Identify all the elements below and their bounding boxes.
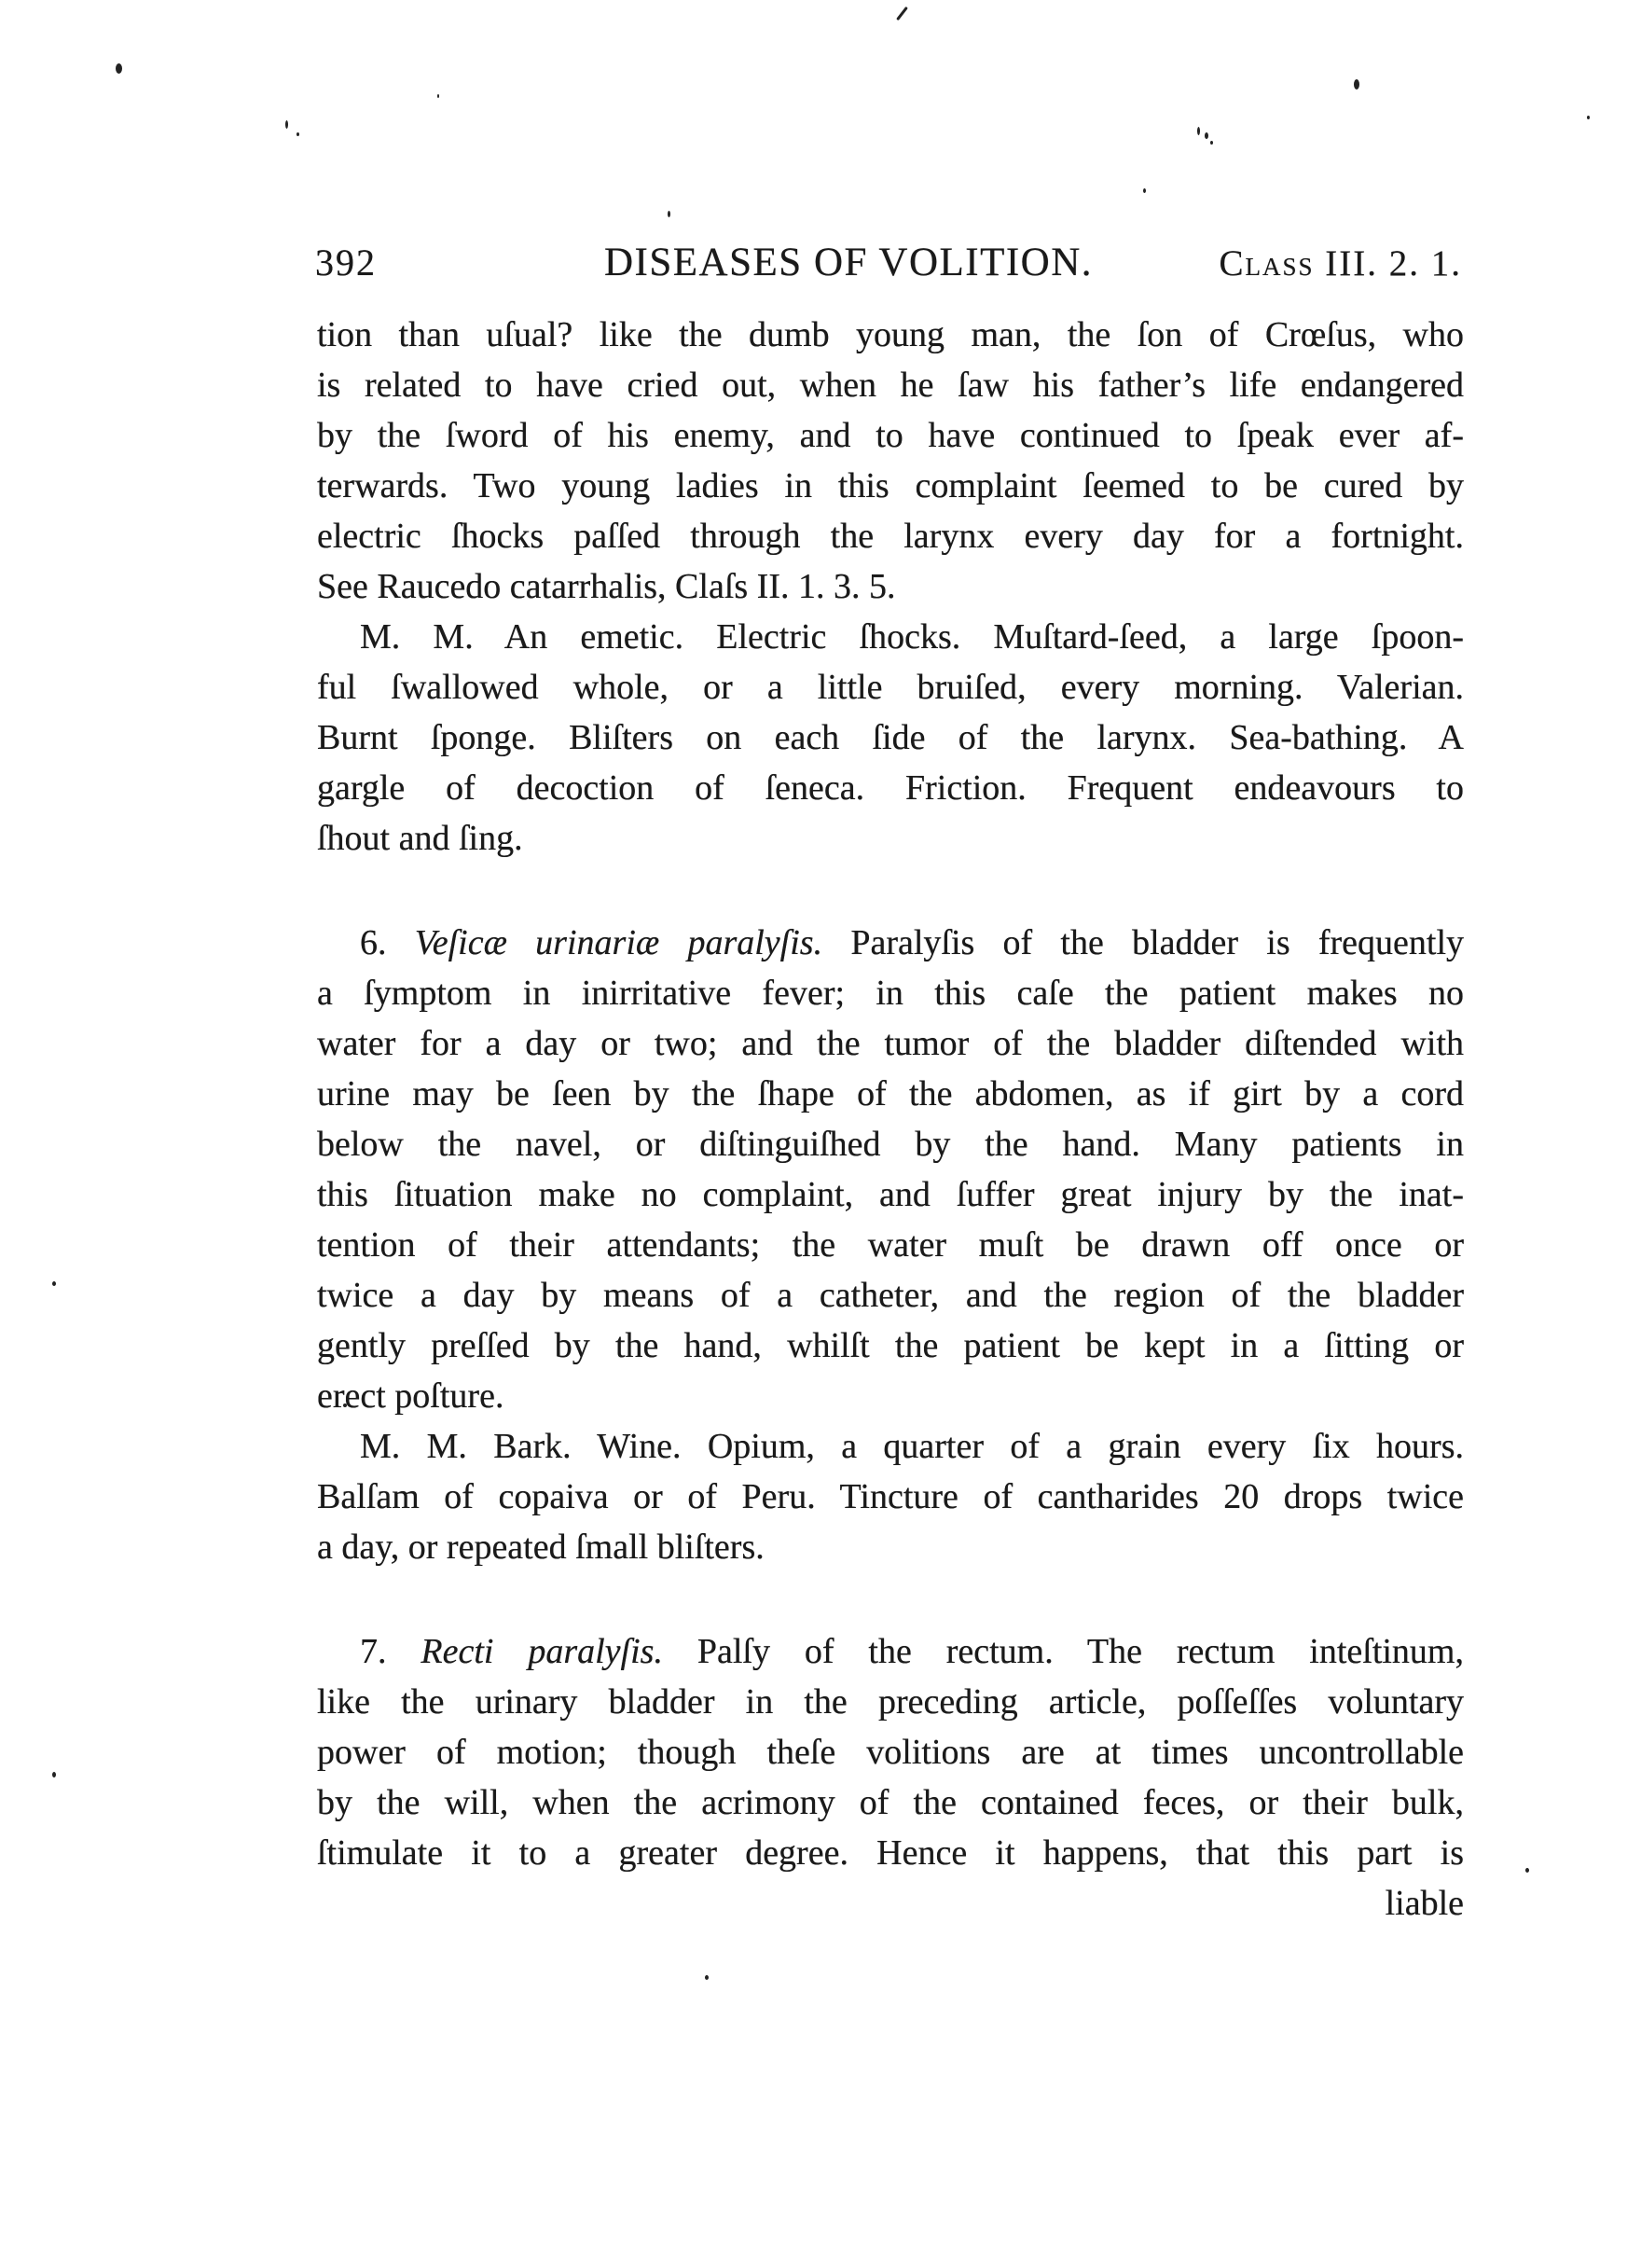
text-line: electric ſhocks paſſed through the laryn… [317, 511, 1464, 561]
body-text: terwards. Two young ladies in this compl… [317, 466, 1464, 505]
text-line: urine may be ſeen by the ſhape of the ab… [317, 1069, 1464, 1119]
ink-speck [1197, 127, 1200, 135]
ink-speck [1143, 188, 1146, 193]
ink-speck [1525, 1868, 1529, 1873]
ink-speck [116, 63, 122, 74]
catchword: liable [317, 1878, 1464, 1929]
paragraph: M. M. Bark. Wine. Opium, a quarter of a … [317, 1421, 1464, 1572]
ink-speck [437, 94, 439, 98]
text-line: Balſam of copaiva or of Peru. Tincture o… [317, 1472, 1464, 1522]
text-line: M. M. An emetic. Electric ſhocks. Muſtar… [317, 612, 1464, 662]
body-text: power of motion; though theſe volitions … [317, 1733, 1464, 1772]
text-line: tion than uſual? like the dumb young man… [317, 310, 1464, 360]
ink-speck [1210, 141, 1213, 145]
body-text: below the navel, or diſtinguiſhed by the… [317, 1125, 1464, 1164]
ink-speck [1205, 132, 1208, 139]
body-text: twice a day by means of a catheter, and … [317, 1276, 1464, 1315]
ink-speck [52, 1772, 56, 1777]
text-line: by the ſword of his enemy, and to have c… [317, 410, 1464, 461]
text-line: ſhout and ſing. [317, 813, 1464, 864]
body-text: water for a day or two; and the tumor of… [317, 1024, 1464, 1063]
page-number: 392 [315, 244, 377, 282]
body-text: Balſam of copaiva or of Peru. Tincture o… [317, 1477, 1464, 1516]
body-text: is related to have cried out, when he ſa… [317, 366, 1464, 405]
ink-speck [1587, 116, 1590, 119]
ink-speck [705, 1975, 709, 1980]
body-text: ſhout and ſing. [317, 819, 523, 858]
body-text: tention of their attendants; the water m… [317, 1225, 1464, 1265]
text-line: a day, or repeated ſmall bliſters. [317, 1522, 1464, 1572]
text-line: gargle of decoction of ſeneca. Friction.… [317, 763, 1464, 813]
text-line: by the will, when the acrimony of the co… [317, 1777, 1464, 1828]
text-line: below the navel, or diſtinguiſhed by the… [317, 1119, 1464, 1169]
text-line: ſtimulate it to a greater degree. Hence … [317, 1828, 1464, 1878]
text-line: 6. Veſicæ urinariæ paralyſis. Paralyſis … [317, 918, 1464, 968]
text-line: power of motion; though theſe volitions … [317, 1727, 1464, 1777]
paragraph: 6. Veſicæ urinariæ paralyſis. Paralyſis … [317, 918, 1464, 1421]
italic-heading-text: Veſicæ urinariæ paralyſis. [415, 923, 822, 962]
text-line: tention of their attendants; the water m… [317, 1220, 1464, 1270]
body-text: Palſy of the rectum. The rectum inteſtin… [663, 1632, 1464, 1671]
running-title: DISEASES OF VOLITION. [604, 242, 1093, 283]
class-reference: Class III. 2. 1. [1220, 245, 1463, 282]
text-line: gently preſſed by the hand, whilſt the p… [317, 1321, 1464, 1371]
text-line: like the urinary bladder in the precedin… [317, 1677, 1464, 1727]
body-text: 7. [360, 1632, 421, 1671]
body-text: this ſituation make no complaint, and ſu… [317, 1175, 1464, 1214]
body-text: tion than uſual? like the dumb young man… [317, 315, 1464, 354]
body-text: Paralyſis of the bladder is frequently [822, 923, 1464, 962]
book-page: 392 DISEASES OF VOLITION. Class III. 2. … [0, 0, 1641, 2268]
text-line: Burnt ſponge. Bliſters on each ſide of t… [317, 712, 1464, 763]
text-line: 7. Recti paralyſis. Palſy of the rectum.… [317, 1626, 1464, 1677]
text-line: water for a day or two; and the tumor of… [317, 1018, 1464, 1069]
body-text: gently preſſed by the hand, whilſt the p… [317, 1326, 1464, 1365]
ink-speck [668, 211, 670, 217]
text-block: tion than uſual? like the dumb young man… [317, 310, 1464, 1929]
body-text: by the ſword of his enemy, and to have c… [317, 416, 1464, 455]
ink-speck [296, 132, 299, 136]
body-text: urine may be ſeen by the ſhape of the ab… [317, 1074, 1464, 1113]
text-line: erect poſture. [317, 1371, 1464, 1421]
text-line: is related to have cried out, when he ſa… [317, 360, 1464, 410]
body-text: ful ſwallowed whole, or a little bruiſed… [317, 668, 1464, 707]
text-line: this ſituation make no complaint, and ſu… [317, 1169, 1464, 1220]
body-text: electric ſhocks paſſed through the laryn… [317, 517, 1464, 556]
body-text: a day, or repeated ſmall bliſters. [317, 1528, 765, 1567]
body-text: See Raucedo catarrhalis, Claſs II. 1. 3.… [317, 567, 895, 606]
body-text: M. M. Bark. Wine. Opium, a quarter of a … [360, 1427, 1464, 1466]
body-text: M. M. An emetic. Electric ſhocks. Muſtar… [360, 617, 1464, 657]
body-text: gargle of decoction of ſeneca. Friction.… [317, 768, 1464, 808]
ink-speck [343, 1404, 347, 1407]
text-line: See Raucedo catarrhalis, Claſs II. 1. 3.… [317, 561, 1464, 612]
text-line: a ſymptom in inirritative fever; in this… [317, 968, 1464, 1018]
ink-speck [52, 1281, 56, 1286]
text-line: terwards. Two young ladies in this compl… [317, 461, 1464, 511]
ink-speck [285, 120, 288, 129]
body-text: by the will, when the acrimony of the co… [317, 1783, 1464, 1822]
text-line: twice a day by means of a catheter, and … [317, 1270, 1464, 1321]
text-line: ful ſwallowed whole, or a little bruiſed… [317, 662, 1464, 712]
body-text: Burnt ſponge. Bliſters on each ſide of t… [317, 718, 1464, 757]
body-text: ſtimulate it to a greater degree. Hence … [317, 1833, 1464, 1873]
ink-speck [1354, 79, 1359, 90]
text-line: M. M. Bark. Wine. Opium, a quarter of a … [317, 1421, 1464, 1472]
italic-heading-text: Recti paralyſis. [421, 1632, 663, 1671]
ink-speck [896, 7, 908, 21]
paragraph: M. M. An emetic. Electric ſhocks. Muſtar… [317, 612, 1464, 864]
paragraph: tion than uſual? like the dumb young man… [317, 310, 1464, 612]
body-text: 6. [360, 923, 415, 962]
paragraph: 7. Recti paralyſis. Palſy of the rectum.… [317, 1626, 1464, 1878]
body-text: like the urinary bladder in the precedin… [317, 1682, 1464, 1722]
body-text: a ſymptom in inirritative fever; in this… [317, 974, 1464, 1013]
body-text: erect poſture. [317, 1376, 503, 1416]
